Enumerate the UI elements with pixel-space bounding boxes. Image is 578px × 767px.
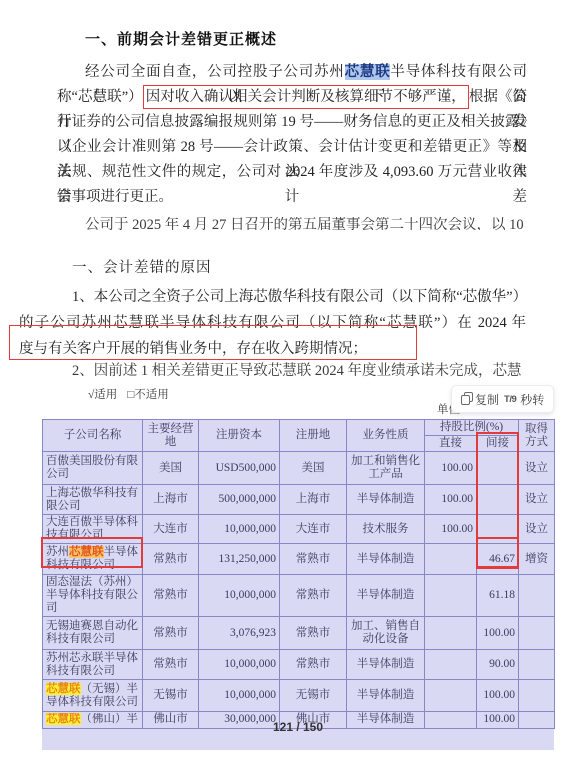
header-direct: 直接 [425,436,477,452]
cell-business: 半导体制造 [347,680,425,712]
applicable-checked-label: √适用 [88,389,117,401]
not-applicable-label: □不适用 [127,389,168,401]
section-title: 一、前期会计差错更正概述 [85,28,277,49]
applicable-line: √适用□不适用 [88,386,169,402]
cell-method [519,680,555,712]
cell-region: 美国 [143,452,199,485]
paragraph-line: 行证券的公司信息披露编报规则第 19 号——财务信息的更正及相关披露》以及 [57,110,527,135]
cell-regplace: 无锡市 [280,680,347,712]
cell-capital: 500,000,000 [199,485,280,515]
table-row: 上海芯傲华科技有限公司 上海市 500,000,000 上海市 半导体制造 10… [43,485,555,515]
header-subsidiary-name: 子公司名称 [43,420,143,452]
cell-direct: 100.00 [425,515,477,544]
cell-business: 半导体制造 [347,485,425,515]
cell-regplace: 常熟市 [280,650,347,680]
text-segment: 2、因前述 1 相关差错更正导致芯慧联 2024 年度业绩承诺未完成，芯慧联 [19,361,526,378]
table-row: 固态湿法（苏州）半导体科技有限公司 常熟市 10,000,000 常熟市 半导体… [43,575,555,617]
cell-direct: 100.00 [425,452,477,485]
cell-regplace: 常熟市 [280,575,347,617]
paragraph-reason-1: 1、本公司之全资子公司上海芯傲华科技有限公司（以下简称“芯傲华”） 的子公司苏州… [19,284,526,362]
cell-regplace: 常熟市 [280,617,347,650]
cell-direct [425,650,477,680]
cell-regplace: 美国 [280,452,347,485]
cell-region: 常熟市 [143,544,199,575]
cell-direct: 100.00 [425,485,477,515]
cell-indirect: 100.00 [477,680,519,712]
cell-region: 大连市 [143,515,199,544]
cell-region: 无锡市 [143,680,199,712]
paragraph-line: 法规、规范性文件的规定，公司对 2024 年度涉及 4,093.60 万元营业收… [57,160,527,185]
cell-capital: USD500,000 [199,452,280,485]
paragraph-overview: 经公司全面自查，公司控股子公司苏州芯慧联半导体科技有限公司（以下简 称“芯慧联”… [57,60,527,210]
cell-region: 常熟市 [143,650,199,680]
paragraph-line: 的子公司苏州芯慧联半导体科技有限公司（以下简称“芯慧联”）在 2024 年 [19,310,526,336]
cell-name: 上海芯傲华科技有限公司 [43,485,143,515]
copy-button[interactable]: 复制 [461,391,499,408]
cell-name: 大连百傲半导体科技有限公司 [43,515,143,544]
header-acquisition-method: 取得方式 [519,420,555,452]
cell-business: 加工和销售化工产品 [347,452,425,485]
header-business-nature: 业务性质 [347,420,425,452]
cell-method: 设立 [519,485,555,515]
highlight-company-blue: 芯慧联 [345,64,391,80]
cell-method: 增资 [519,544,555,575]
cell-method [519,650,555,680]
cell-indirect: 61.18 [477,575,519,617]
highlight-company-yellow: 芯慧联 [46,683,81,695]
cell-direct [425,617,477,650]
cell-direct [425,575,477,617]
cell-region: 常熟市 [143,617,199,650]
cell-name: 无锡迪赛恩自动化科技有限公司 [43,617,143,650]
cell-regplace: 大连市 [280,515,347,544]
cell-indirect [477,452,519,485]
cell-direct [425,680,477,712]
paragraph-line: 经公司全面自查，公司控股子公司苏州芯慧联半导体科技有限公司（以下简 [57,60,527,85]
header-registered-capital: 注册资本 [199,420,280,452]
clipped-text-board-meeting: 公司于 2025 年 4 月 27 日召开的第五届董事会第二十四次会议，以 10… [85,217,527,230]
text-segment: 经公司全面自查，公司控股子公司苏州 [85,64,345,80]
table-row: 芯慧联（无锡）半导体科技有限公司 无锡市 10,000,000 无锡市 半导体制… [43,680,555,712]
table-row: 无锡迪赛恩自动化科技有限公司 常熟市 3,076,923 常熟市 加工、销售自动… [43,617,555,650]
header-indirect: 间接 [477,436,519,452]
subsidiaries-table-block: 子公司名称 主要经营地 注册资本 注册地 业务性质 持股比例(%) 取得方式 直… [42,419,554,750]
cell-name: 百傲美国股份有限公司 [43,452,143,485]
document-page: { "doc": { "title": "一、前期会计差错更正概述", "p1"… [0,0,578,767]
cell-region: 常熟市 [143,575,199,617]
quick-convert-label: 秒转 [520,391,544,408]
copy-button-label: 复制 [475,391,499,408]
copy-icon [461,394,471,405]
section-heading-reasons: 一、会计差错的原因 [72,256,212,277]
cell-business: 半导体制造 [347,575,425,617]
cell-method: 设立 [519,452,555,485]
cell-method [519,575,555,617]
cell-capital: 10,000,000 [199,680,280,712]
text-segment: 称“芯慧联”） [57,89,143,105]
cell-indirect: 100.00 [477,617,519,650]
cell-name: 苏州芯慧联半导体科技有限公司 [43,544,143,575]
table-row: 百傲美国股份有限公司 美国 USD500,000 美国 加工和销售化工产品 10… [43,452,555,485]
cell-capital: 3,076,923 [199,617,280,650]
cell-indirect: 90.00 [477,650,519,680]
paragraph-line: 称“芯慧联”）因对收入确认相关会计判断及核算细节不够严谨，根据《公开发 [57,85,527,110]
cell-regplace: 常熟市 [280,544,347,575]
quick-convert-button[interactable]: T/9 秒转 [504,391,544,408]
cell-business: 半导体制造 [347,544,425,575]
cell-business: 半导体制造 [347,650,425,680]
cell-name: 苏州芯永联半导体科技有限公司 [43,650,143,680]
cell-name: 芯慧联（无锡）半导体科技有限公司 [43,680,143,712]
cell-method: 设立 [519,515,555,544]
selection-toolbar: 复制 T/9 秒转 [452,386,553,412]
table-row: 大连百傲半导体科技有限公司 大连市 10,000,000 大连市 技术服务 10… [43,515,555,544]
paragraph-line: 1、本公司之全资子公司上海芯傲华科技有限公司（以下简称“芯傲华”） [19,284,526,310]
text-segment: 苏州 [46,546,69,558]
cell-direct [425,544,477,575]
subsidiaries-table: 子公司名称 主要经营地 注册资本 注册地 业务性质 持股比例(%) 取得方式 直… [42,419,555,729]
cell-capital: 10,000,000 [199,575,280,617]
annotation-box-reason: 因对收入确认相关会计判断及核算细节不够严谨， [143,85,469,109]
header-main-region: 主要经营地 [143,420,199,452]
table-row: 苏州芯永联半导体科技有限公司 常熟市 10,000,000 常熟市 半导体制造 … [43,650,555,680]
header-registered-place: 注册地 [280,420,347,452]
table-row-suzhou-xinhuilian: 苏州芯慧联半导体科技有限公司 常熟市 131,250,000 常熟市 半导体制造… [43,544,555,575]
cell-region: 上海市 [143,485,199,515]
cell-indirect [477,515,519,544]
table-header-row: 子公司名称 主要经营地 注册资本 注册地 业务性质 持股比例(%) 取得方式 [43,420,555,436]
cell-capital: 10,000,000 [199,515,280,544]
cell-capital: 10,000,000 [199,650,280,680]
clipped-text-reason-2: 2、因前述 1 相关差错更正导致芯慧联 2024 年度业绩承诺未完成，芯慧联 [19,361,526,378]
cell-indirect: 46.67 [477,544,519,575]
cell-business: 技术服务 [347,515,425,544]
cell-business: 加工、销售自动化设备 [347,617,425,650]
paragraph-line: 《企业会计准则第 28 号——会计政策、会计估计变更和差错更正》等相关法律 [57,135,527,160]
cell-capital: 131,250,000 [199,544,280,575]
convert-icon: T/9 [504,394,516,405]
paragraph-line: 度与有关客户开展的销售业务中，存在收入跨期情况； [19,336,526,362]
cell-method [519,617,555,650]
highlight-company-orange: 芯慧联 [69,546,104,558]
cell-indirect [477,485,519,515]
cell-name: 固态湿法（苏州）半导体科技有限公司 [43,575,143,617]
header-shareholding-ratio: 持股比例(%) [425,420,519,436]
page-indicator: 121 / 150 [42,720,554,734]
cell-regplace: 上海市 [280,485,347,515]
